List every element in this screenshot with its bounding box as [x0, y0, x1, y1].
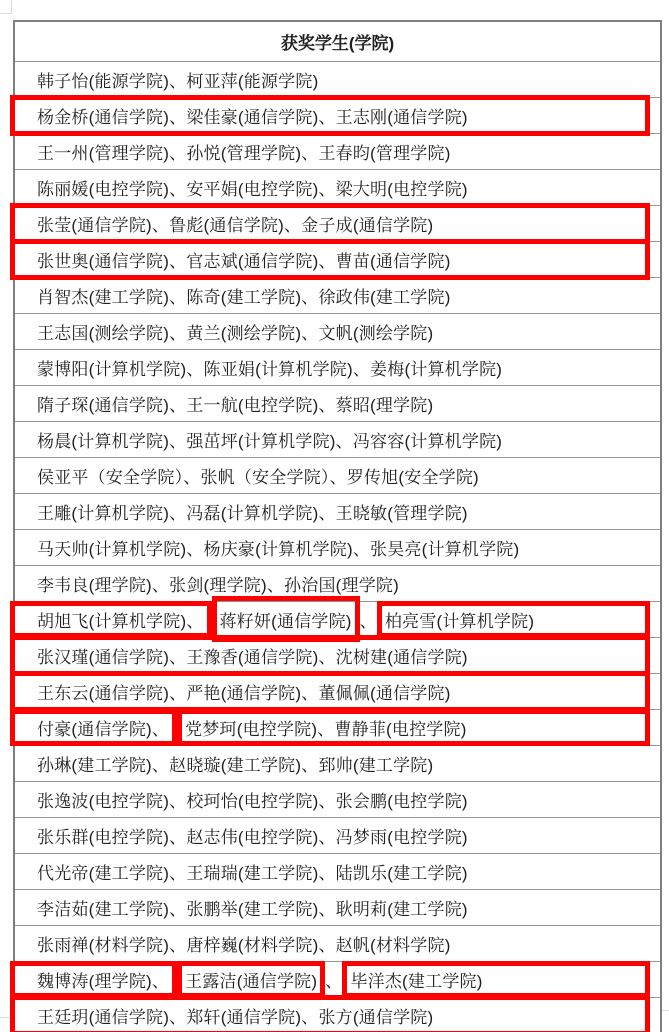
row-text: 蒙博阳(计算机学院)、陈亚娟(计算机学院)、姜梅(计算机学院) — [37, 355, 502, 380]
awards-table: 获奖学生(学院) 韩子怡(能源学院)、柯亚萍(能源学院)杨金桥(通信学院)、梁佳… — [13, 20, 662, 1032]
table-header: 获奖学生(学院) — [15, 22, 660, 62]
page: { "table": { "header": "获奖学生(学院)", "acce… — [0, 0, 669, 1032]
row-text: 张乐群(电控学院)、赵志伟(电控学院)、冯梦雨(电控学院) — [37, 823, 468, 848]
row-text: 张雨禅(材料学院)、唐梓巍(材料学院)、赵帆(材料学院) — [37, 931, 451, 956]
table-row: 张逸波(电控学院)、校珂怡(电控学院)、张会鹏(电控学院) — [15, 782, 660, 818]
table-row: 马天帅(计算机学院)、杨庆豪(计算机学院)、张昊亮(计算机学院) — [15, 530, 660, 566]
table-row: 魏博涛(理学院)、王露洁(通信学院)、毕洋杰(建工学院) — [15, 962, 660, 998]
row-text: 张莹(通信学院)、鲁彪(通信学院)、金子成(通信学院) — [37, 211, 433, 236]
row-text: 代光帝(建工学院)、王瑞瑞(建工学院)、陆凯乐(建工学院) — [37, 859, 468, 884]
row-text: 隋子琛(通信学院)、王一航(电控学院)、蔡昭(理学院) — [37, 391, 433, 416]
row-text: 王东云(通信学院)、严艳(通信学院)、董佩佩(通信学院) — [37, 679, 451, 704]
gridline-fragment — [0, 13, 12, 14]
table-row: 肖智杰(建工学院)、陈奇(建工学院)、徐政伟(建工学院) — [15, 278, 660, 314]
row-text: 王雕(计算机学院)、冯磊(计算机学院)、王晓敏(管理学院) — [37, 499, 468, 524]
table-row: 张世奥(通信学院)、官志斌(通信学院)、曹苗(通信学院) — [15, 242, 660, 278]
table-row: 陈丽媛(电控学院)、安平娟(电控学院)、梁大明(电控学院) — [15, 170, 660, 206]
table-row: 代光帝(建工学院)、王瑞瑞(建工学院)、陆凯乐(建工学院) — [15, 854, 660, 890]
table-row: 杨晨(计算机学院)、强茁坪(计算机学院)、冯容容(计算机学院) — [15, 422, 660, 458]
table-row: 胡旭飞(计算机学院)、蒋籽妍(通信学院)、柏亮雪(计算机学院) — [15, 602, 660, 638]
table-row: 张雨禅(材料学院)、唐梓巍(材料学院)、赵帆(材料学院) — [15, 926, 660, 962]
row-text: 杨金桥(通信学院)、梁佳豪(通信学院)、王志刚(通信学院) — [37, 103, 468, 128]
row-text: 张逸波(电控学院)、校珂怡(电控学院)、张会鹏(电控学院) — [37, 787, 468, 812]
highlighted-segment: 魏博涛(理学院)、 — [10, 961, 177, 998]
highlighted-segment: 胡旭飞(计算机学院)、 — [10, 601, 212, 638]
highlighted-segment: 柏亮雪(计算机学院) — [377, 601, 650, 638]
highlighted-segment: 付豪(通信学院)、 — [10, 709, 177, 746]
table-row: 付豪(通信学院)、党梦珂(电控学院)、曹静菲(电控学院) — [15, 710, 660, 746]
table-row: 韩子怡(能源学院)、柯亚萍(能源学院) — [15, 62, 660, 98]
highlighted-segment: 毕洋杰(建工学院) — [342, 961, 650, 998]
row-text: 陈丽媛(电控学院)、安平娟(电控学院)、梁大明(电控学院) — [37, 175, 468, 200]
table-title: 获奖学生(学院) — [281, 29, 394, 54]
gridline-fragment — [11, 0, 12, 14]
row-text: 侯亚平（安全学院）、张帆（安全学院）、罗传旭(安全学院) — [37, 463, 479, 488]
row-text: 李洁茹(建工学院)、张鹏举(建工学院)、耿明莉(建工学院) — [37, 895, 468, 920]
table-row: 隋子琛(通信学院)、王一航(电控学院)、蔡昭(理学院) — [15, 386, 660, 422]
row-text: 李韦良(理学院)、张剑(理学院)、孙治国(理学院) — [37, 571, 399, 596]
table-row: 王雕(计算机学院)、冯磊(计算机学院)、王晓敏(管理学院) — [15, 494, 660, 530]
highlighted-segment: 王露洁(通信学院) — [177, 961, 325, 998]
spreadsheet-canvas: 获奖学生(学院) 韩子怡(能源学院)、柯亚萍(能源学院)杨金桥(通信学院)、梁佳… — [0, 0, 669, 1032]
table-row: 王东云(通信学院)、严艳(通信学院)、董佩佩(通信学院) — [15, 674, 660, 710]
table-row: 蒙博阳(计算机学院)、陈亚娟(计算机学院)、姜梅(计算机学院) — [15, 350, 660, 386]
table-row: 张莹(通信学院)、鲁彪(通信学院)、金子成(通信学院) — [15, 206, 660, 242]
row-text: 孙琳(建工学院)、赵晓璇(建工学院)、郅帅(建工学院) — [37, 751, 433, 776]
table-row: 侯亚平（安全学院）、张帆（安全学院）、罗传旭(安全学院) — [15, 458, 660, 494]
row-text: 张汉瑾(通信学院)、王豫香(通信学院)、沈树建(通信学院) — [37, 643, 468, 668]
table-row: 张汉瑾(通信学院)、王豫香(通信学院)、沈树建(通信学院) — [15, 638, 660, 674]
table-rows: 韩子怡(能源学院)、柯亚萍(能源学院)杨金桥(通信学院)、梁佳豪(通信学院)、王… — [15, 62, 660, 1032]
row-text: 马天帅(计算机学院)、杨庆豪(计算机学院)、张昊亮(计算机学院) — [37, 535, 519, 560]
row-text: 杨晨(计算机学院)、强茁坪(计算机学院)、冯容容(计算机学院) — [37, 427, 502, 452]
row-text: 、 — [360, 607, 377, 632]
highlighted-segment: 蒋籽妍(通信学院) — [212, 596, 360, 642]
table-row: 王廷玥(通信学院)、郑轩(通信学院)、张方(通信学院) — [15, 998, 660, 1032]
row-text: 王廷玥(通信学院)、郑轩(通信学院)、张方(通信学院) — [37, 1003, 433, 1028]
table-row: 王志国(测绘学院)、黄兰(测绘学院)、文帆(测绘学院) — [15, 314, 660, 350]
table-row: 孙琳(建工学院)、赵晓璇(建工学院)、郅帅(建工学院) — [15, 746, 660, 782]
gridline-fragment — [0, 1017, 11, 1032]
table-row: 王一州(管理学院)、孙悦(管理学院)、王春昀(管理学院) — [15, 134, 660, 170]
row-text: 、 — [325, 967, 342, 992]
row-text: 王志国(测绘学院)、黄兰(测绘学院)、文帆(测绘学院) — [37, 319, 433, 344]
highlighted-segment: 党梦珂(电控学院)、曹静菲(电控学院) — [177, 709, 650, 746]
table-row: 张乐群(电控学院)、赵志伟(电控学院)、冯梦雨(电控学院) — [15, 818, 660, 854]
row-text: 肖智杰(建工学院)、陈奇(建工学院)、徐政伟(建工学院) — [37, 283, 451, 308]
row-text: 张世奥(通信学院)、官志斌(通信学院)、曹苗(通信学院) — [37, 247, 451, 272]
row-text: 韩子怡(能源学院)、柯亚萍(能源学院) — [37, 67, 318, 92]
table-row: 李洁茹(建工学院)、张鹏举(建工学院)、耿明莉(建工学院) — [15, 890, 660, 926]
row-text: 王一州(管理学院)、孙悦(管理学院)、王春昀(管理学院) — [37, 139, 451, 164]
table-row: 杨金桥(通信学院)、梁佳豪(通信学院)、王志刚(通信学院) — [15, 98, 660, 134]
